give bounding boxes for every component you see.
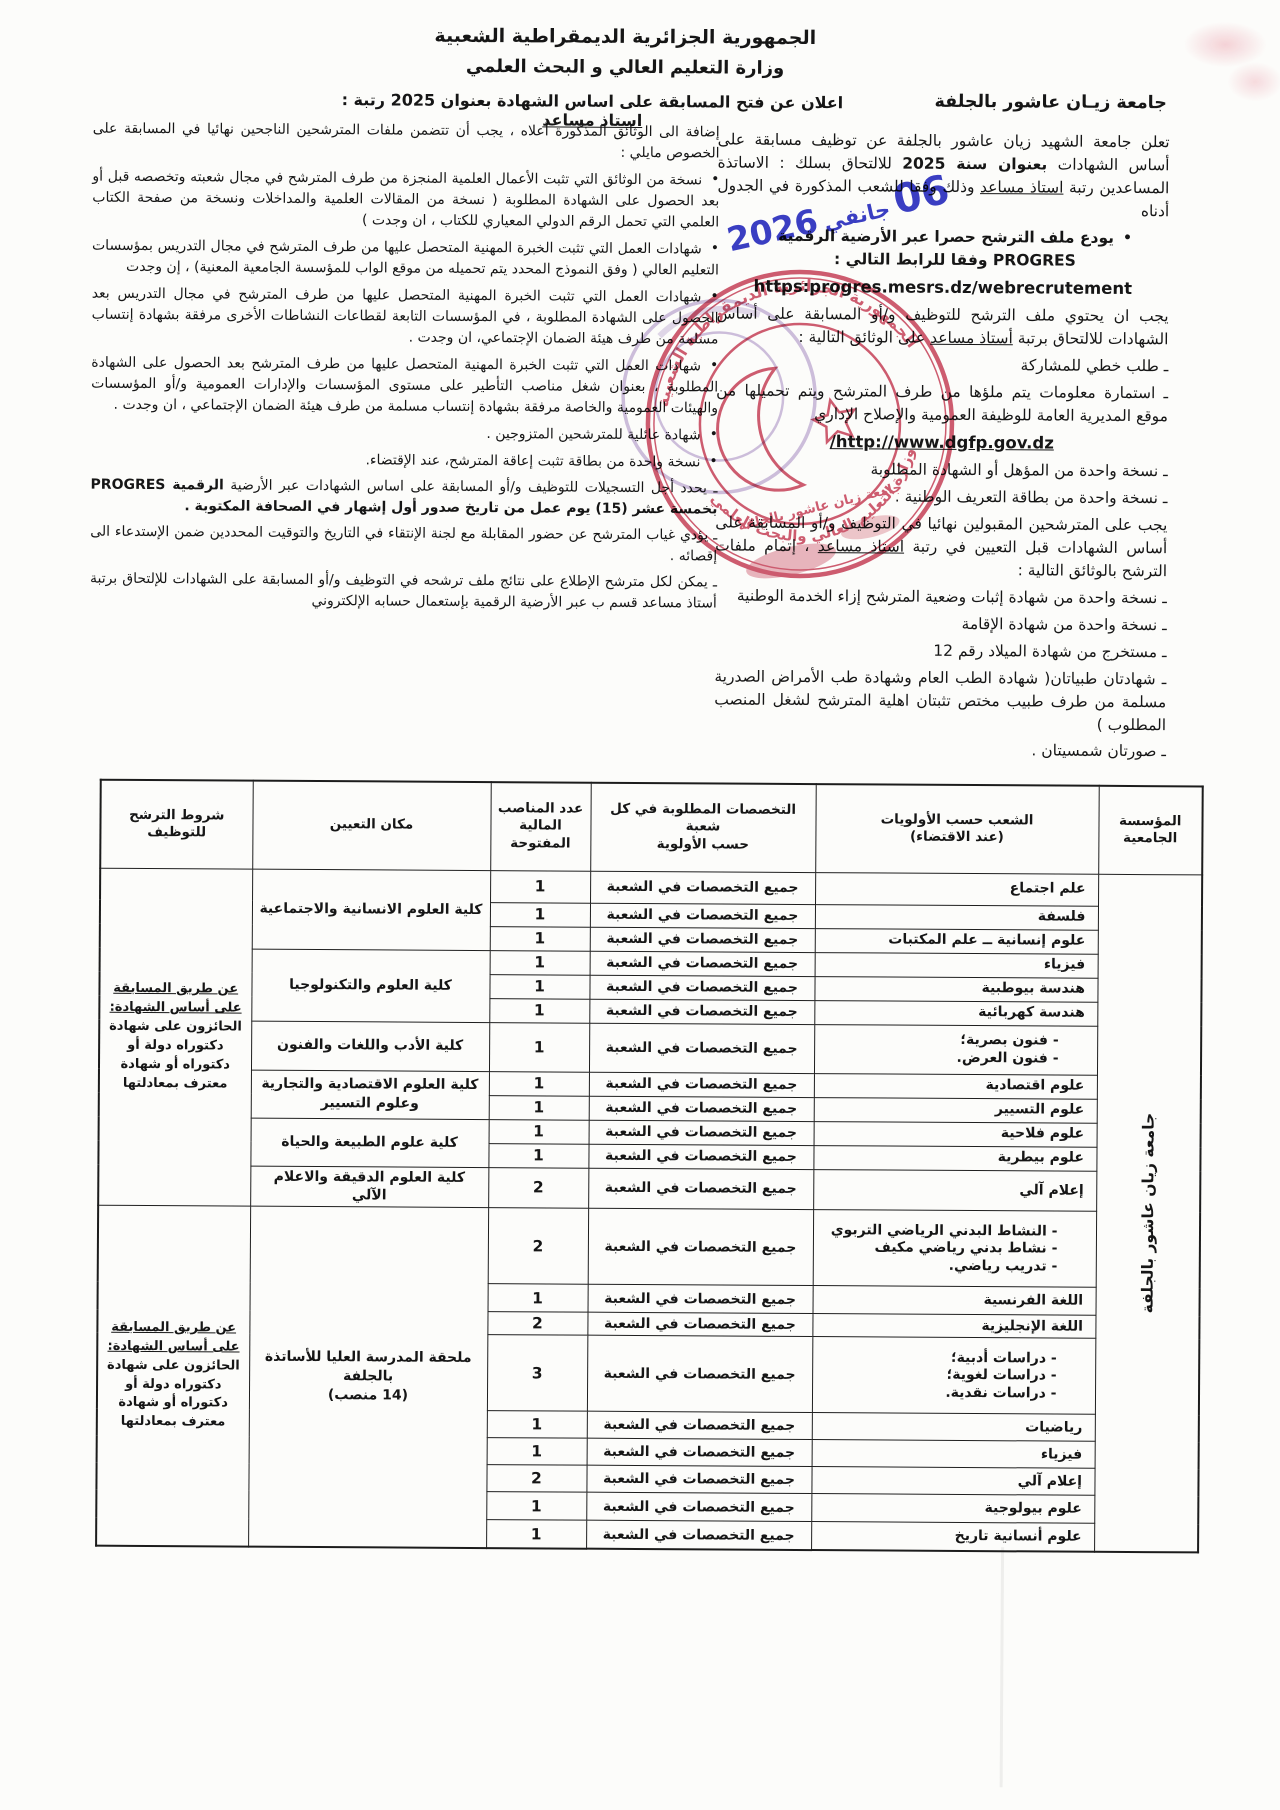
cell-university: جامعة زيان عاشور بالجلفة [1094, 874, 1202, 1552]
cell-branch: علوم بيطرية [813, 1145, 1096, 1171]
university-vertical-label: جامعة زيان عاشور بالجلفة [1138, 1112, 1157, 1313]
table-row: إعلام آليجميع التخصصات في الشعبة2كلية ال… [98, 1165, 1200, 1213]
cell-conditions: عن طريق المسابقة على أساس الشهادة:الحائز… [96, 1205, 250, 1546]
cell-specializations: جميع التخصصات في الشعبة [590, 951, 815, 976]
cell-specializations: جميع التخصصات في الشعبة [588, 1284, 813, 1313]
cell-positions-count: 1 [487, 1411, 587, 1439]
cell-branch: اللغة الإنجليزية [812, 1314, 1095, 1339]
cell-branch: علوم بيولوجية [811, 1494, 1094, 1524]
cell-specializations: جميع التخصصات في الشعبة [587, 1312, 812, 1336]
cell-branch: - دراسات أدبية؛- دراسات لغوية؛- دراسات ن… [812, 1337, 1095, 1415]
cell-branch: علوم أنسانية تاريخ [811, 1522, 1094, 1552]
cell-positions-count: 2 [486, 1465, 586, 1493]
cell-branch: رياضيات [812, 1413, 1095, 1442]
cell-specializations: جميع التخصصات في الشعبة [586, 1492, 811, 1521]
cell-positions-count: 1 [488, 1143, 588, 1168]
cell-specializations: جميع التخصصات في الشعبة [589, 999, 814, 1024]
cell-assignment-location: كلية العلوم الدقيقة والاعلام الآلي [250, 1166, 488, 1208]
cell-positions-count: 1 [489, 1071, 589, 1096]
cell-positions-count: 1 [487, 1438, 587, 1466]
cell-branch: علوم إنسانية ــ علم المكتبات [815, 928, 1098, 954]
cell-specializations: جميع التخصصات في الشعبة [588, 1168, 813, 1210]
doc-photos: ـ صورتان شمسيتان . [714, 738, 1166, 764]
cell-specializations: جميع التخصصات في الشعبة [589, 1120, 814, 1145]
cell-positions-count: 1 [489, 1119, 589, 1144]
cell-positions-count: 1 [489, 1022, 589, 1072]
table-row: جامعة زيان عاشور بالجلفةعلم اجتماعجميع ا… [100, 868, 1202, 907]
cell-specializations: جميع التخصصات في الشعبة [587, 1438, 812, 1466]
cell-positions-count: 1 [488, 1284, 588, 1313]
cell-branch: - النشاط البدني الرياضي التربوي- نشاط بد… [813, 1210, 1096, 1288]
cell-positions-count: 1 [490, 870, 590, 903]
cell-positions-count: 1 [486, 1492, 586, 1521]
table-header-5: شروط الترشح للتوظيف [100, 780, 253, 869]
cell-specializations: جميع التخصصات في الشعبة [589, 1023, 814, 1073]
cell-specializations: جميع التخصصات في الشعبة [588, 1144, 813, 1169]
cell-assignment-location: كلية الأدب واللغات والفنون [251, 1021, 489, 1071]
cell-positions-count: 1 [490, 902, 590, 927]
cell-specializations: جميع التخصصات في الشعبة [590, 871, 815, 904]
cell-branch: إعلام آلي [813, 1169, 1096, 1212]
cell-branch: علم اجتماع [815, 872, 1098, 906]
cell-specializations: جميع التخصصات في الشعبة [589, 1096, 814, 1121]
ministry-title: وزارة التعليم العالي و البحث العلمي [5, 53, 1245, 82]
cell-branch: فيزياء [812, 1440, 1095, 1469]
scanned-announcement-page: الجمهورية الجزائرية الديمقراطية الشعبية … [0, 0, 1280, 1810]
document-body: الجمهورية الجزائرية الديمقراطية الشعبية … [0, 0, 1280, 1810]
cell-positions-count: 1 [490, 950, 590, 975]
cell-positions-count: 2 [487, 1312, 587, 1336]
cell-positions-count: 1 [490, 926, 590, 951]
doc-scientific-works: •نسخة من الوثائق التي تثبت الأعمال العلم… [92, 166, 719, 234]
cell-positions-count: 2 [488, 1167, 588, 1208]
scan-smudge [1227, 62, 1280, 102]
cell-specializations: جميع التخصصات في الشعبة [586, 1520, 811, 1549]
table-header-0: المؤسسة الجامعية [1098, 786, 1203, 875]
doc-birth-extract: ـ مستخرج من شهادة الميلاد رقم 12 [714, 638, 1166, 664]
scan-fold-line [1000, 1547, 1004, 1787]
table-header-2: التخصصات المطلوبة في كل شعبة حسب الأولوي… [590, 783, 816, 872]
cell-positions-count: 1 [486, 1520, 586, 1549]
positions-table: المؤسسة الجامعيةالشعب حسب الأولويات (عند… [95, 779, 1204, 1554]
cell-conditions: عن طريق المسابقة على أساس الشهادة:الحائز… [98, 868, 252, 1207]
announcement-prefix: اعلان عن فتح المسابقة على اساس الشهادة ب… [342, 90, 844, 112]
cell-positions-count: 2 [488, 1208, 588, 1285]
cell-branch: هندسة بيوطبية [814, 976, 1097, 1002]
table-row: - فنون بصرية؛- فنون العرض.جميع التخصصات … [99, 1020, 1201, 1076]
cell-assignment-location: كلية علوم الطبيعة والحياة [250, 1118, 488, 1167]
bullet-marker: • [1123, 228, 1132, 249]
table-header-1: الشعب حسب الأولويات (عند الاقتضاء) [815, 784, 1099, 874]
cell-assignment-location: كلية العلوم والتكنولوجيا [251, 949, 489, 1022]
cell-branch: علوم فلاحية [814, 1121, 1097, 1147]
cell-branch: علوم اقتصادية [814, 1073, 1097, 1099]
bullet-marker: • [711, 169, 719, 190]
republic-title: الجمهورية الجزائرية الديمقراطية الشعبية [5, 22, 1245, 52]
table-row: - النشاط البدني الرياضي التربوي- نشاط بد… [98, 1205, 1200, 1288]
absence-elimination: ـ يؤدي غياب المترشح عن حضور المقابلة مع … [90, 522, 717, 568]
table-header-4: مكان التعيين [252, 781, 491, 870]
successful-candidates-note: إضافة الى الوثائق المذكورة أعلاه ، يجب أ… [93, 119, 720, 165]
cell-assignment-location: ملحقة المدرسة العليا للأساتذةبالجلفة(14 … [248, 1206, 488, 1547]
cell-branch: علوم التسيير [814, 1097, 1097, 1123]
doc-medical-certificates: ـ شهادتان طبياتان( شهادة الطب العام وشها… [714, 665, 1166, 737]
table-header-3: عدد المناصب المالية المفتوحة [490, 782, 591, 871]
cell-specializations: جميع التخصصات في الشعبة [589, 1072, 814, 1097]
cell-specializations: جميع التخصصات في الشعبة [588, 1208, 813, 1285]
cell-specializations: جميع التخصصات في الشعبة [590, 927, 815, 952]
university-name: جامعة زيـان عاشور بالجلفة [934, 92, 1167, 113]
cell-positions-count: 1 [489, 974, 589, 999]
results-consultation: ـ يمكن لكل مترشح الإطلاع على نتائج ملف ت… [90, 569, 717, 615]
cell-specializations: جميع التخصصات في الشعبة [589, 975, 814, 1000]
cell-specializations: جميع التخصصات في الشعبة [587, 1335, 812, 1412]
positions-table-wrapper: المؤسسة الجامعيةالشعب حسب الأولويات (عند… [95, 779, 1202, 1553]
cell-specializations: جميع التخصصات في الشعبة [587, 1411, 812, 1439]
cell-specializations: جميع التخصصات في الشعبة [586, 1465, 811, 1493]
cell-branch: إعلام آلي [811, 1467, 1094, 1496]
cell-positions-count: 3 [487, 1335, 587, 1412]
cell-assignment-location: كلية العلوم الانسانية والاجتماعية [252, 869, 490, 950]
cell-assignment-location: كلية العلوم الاقتصادية والتجاريةوعلوم ال… [251, 1070, 489, 1119]
cell-positions-count: 1 [489, 1095, 589, 1120]
cell-branch: فلسفة [815, 904, 1098, 930]
cell-branch: - فنون بصرية؛- فنون العرض. [814, 1024, 1097, 1075]
cell-positions-count: 1 [489, 998, 589, 1023]
cell-branch: هندسة كهربائية [814, 1000, 1097, 1026]
cell-specializations: جميع التخصصات في الشعبة [590, 903, 815, 928]
cell-branch: فيزياء [815, 952, 1098, 978]
doc-residence: ـ نسخة واحدة من شهادة الإقامة [715, 611, 1167, 637]
cell-branch: اللغة الفرنسية [813, 1286, 1096, 1316]
